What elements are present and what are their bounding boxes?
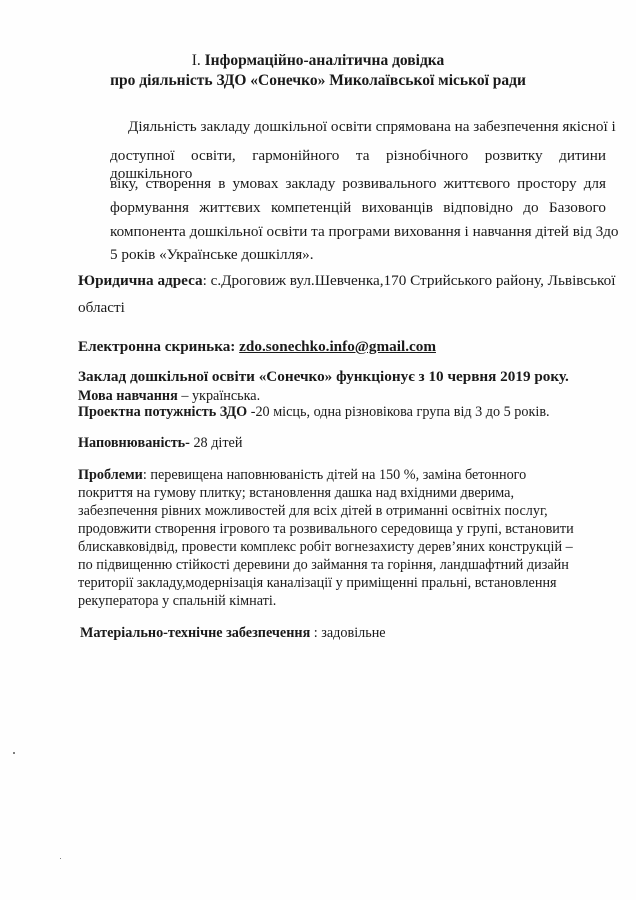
equipment-line: Матеріально-технічне забезпечення : задо… — [80, 625, 386, 642]
intro-line: компонента дошкільної освіти та програми… — [110, 223, 619, 241]
scan-speck — [13, 752, 15, 754]
equipment-value: : задовільне — [310, 625, 385, 641]
problems-line: Проблеми: перевищена наповнюваність діте… — [78, 467, 526, 484]
problems-line: рекуператора у спальній кімнаті. — [78, 593, 276, 610]
email-link[interactable]: zdo.sonechko.info@gmail.com — [239, 338, 436, 355]
problems-line: забезпечення рівних можливостей для всіх… — [78, 503, 548, 520]
founded-statement: Заклад дошкільної освіти «Сонечко» функц… — [78, 368, 569, 386]
occupancy-label: Наповнюваність- — [78, 435, 190, 451]
capacity-label: Проектна потужність ЗДО — [78, 404, 247, 420]
title-line-2: про діяльність ЗДО «Сонечко» Миколаївськ… — [0, 72, 636, 90]
address-line-2: області — [78, 299, 125, 317]
occupancy-value: 28 дітей — [190, 435, 243, 451]
problems-text: : перевищена наповнюваність дітей на 150… — [143, 467, 526, 483]
problems-line: продовжити створення ігрового та розвива… — [78, 521, 574, 538]
address-line: Юридична адреса: с.Дроговиж вул.Шевченка… — [78, 272, 615, 290]
email-line: Електронна скринька: zdo.sonechko.info@g… — [78, 338, 436, 356]
language-line: Мова навчання – українська. — [78, 388, 260, 405]
occupancy-line: Наповнюваність- 28 дітей — [78, 435, 242, 452]
capacity-line: Проектна потужність ЗДО -20 місць, одна … — [78, 404, 550, 421]
equipment-label: Матеріально-технічне забезпечення — [80, 625, 310, 641]
address-value: : с.Дроговиж вул.Шевченка,170 Стрийськог… — [203, 272, 616, 289]
title-text: Інформаційно-аналітична довідка — [205, 52, 445, 69]
intro-line: 5 років «Українське дошкілля». — [110, 246, 314, 264]
email-label: Електронна скринька: — [78, 338, 239, 355]
language-label: Мова навчання — [78, 388, 178, 404]
address-label: Юридична адреса — [78, 272, 203, 289]
language-value: – українська. — [178, 388, 260, 404]
section-number: I. — [192, 52, 201, 69]
intro-line: формування життєвих компетенцій вихованц… — [110, 199, 606, 217]
problems-line: блискавковідвід, провести комплекс робіт… — [78, 539, 573, 556]
intro-line: віку, створення в умовах закладу розвива… — [110, 175, 606, 193]
scan-speck — [60, 858, 61, 859]
problems-line: по підвищенню стійкості деревини до займ… — [78, 557, 569, 574]
title-line-1: I. Інформаційно-аналітична довідка — [0, 52, 636, 70]
scanned-page: I. Інформаційно-аналітична довідка про д… — [0, 0, 636, 900]
capacity-value: -20 місць, одна різновікова група від 3 … — [247, 404, 549, 420]
problems-line: покриття на гумову плитку; встановлення … — [78, 485, 514, 502]
intro-line: Діяльність закладу дошкільної освіти спр… — [128, 118, 616, 136]
problems-label: Проблеми — [78, 467, 143, 483]
problems-line: території закладу,модернізація каналізац… — [78, 575, 557, 592]
